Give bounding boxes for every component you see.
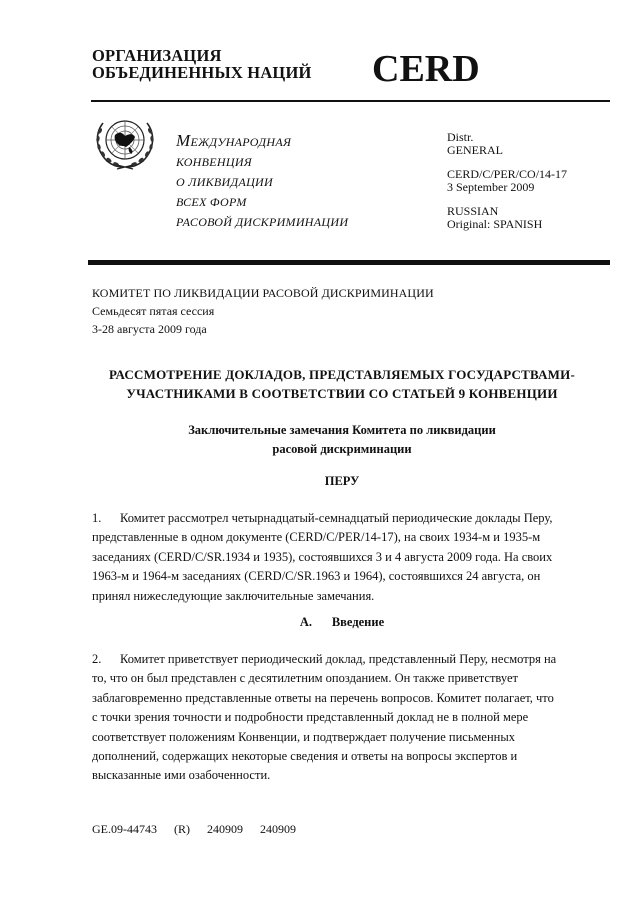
subtitle-line-2: расовой дискриминации (92, 440, 592, 459)
title-line-1: РАССМОТРЕНИЕ ДОКЛАДОВ, ПРЕДСТАВЛЯЕМЫХ ГО… (92, 365, 592, 384)
session-dates: 3-28 августа 2009 года (92, 320, 434, 338)
organization-name: ОРГАНИЗАЦИЯ ОБЪЕДИНЕННЫХ НАЦИЙ (92, 47, 312, 81)
document-title: РАССМОТРЕНИЕ ДОКЛАДОВ, ПРЕДСТАВЛЯЕМЫХ ГО… (92, 365, 592, 403)
paragraph-line: дополнений, содержащих некоторые сведени… (92, 747, 592, 766)
org-line-1: ОРГАНИЗАЦИЯ (92, 47, 312, 64)
section-letter: A. (300, 614, 332, 630)
convention-line-2: КОНВЕНЦИЯ (176, 152, 348, 172)
footer-date-1: 240909 (207, 822, 243, 836)
paragraph-line: 2.Комитет приветствует периодический док… (92, 650, 592, 669)
paragraph-line: 1963-м и 1964-м заседаниях (CERD/C/SR.19… (92, 567, 592, 586)
paragraph-line: принял нижеследующие заключительные заме… (92, 587, 592, 606)
paragraph-line: соответствует положениям Конвенции, и по… (92, 728, 592, 747)
paragraph-line: заблаговременно представленные ответы на… (92, 689, 592, 708)
country-heading: ПЕРУ (92, 473, 592, 489)
paragraph-2: 2.Комитет приветствует периодический док… (92, 650, 592, 786)
paragraph-line: высказанные ими озабоченности. (92, 766, 592, 785)
paragraph-1: 1.Комитет рассмотрел четырнадцатый-семна… (92, 509, 592, 606)
paragraph-line: то, что он был представлен с десятилетни… (92, 669, 592, 688)
section-title: Введение (332, 615, 384, 629)
footer-date-2: 240909 (260, 822, 296, 836)
un-emblem-icon (93, 109, 157, 171)
paragraph-number: 1. (92, 509, 120, 528)
convention-line-5: РАСОВОЙ ДИСКРИМИНАЦИИ (176, 212, 348, 232)
convention-line-1: МЕЖДУНАРОДНАЯ (176, 131, 348, 152)
header-thick-rule (88, 260, 610, 265)
paragraph-line: представленные в одном документе (CERD/C… (92, 528, 592, 547)
org-line-2: ОБЪЕДИНЕННЫХ НАЦИЙ (92, 64, 312, 81)
original-language: Original: SPANISH (447, 218, 567, 231)
document-date: 3 September 2009 (447, 181, 567, 194)
convention-title: МЕЖДУНАРОДНАЯ КОНВЕНЦИЯ О ЛИКВИДАЦИИ ВСЕ… (176, 131, 348, 232)
title-line-2: УЧАСТНИКАМИ В СООТВЕТСТВИИ СО СТАТЬЕЙ 9 … (92, 384, 592, 403)
convention-line-3: О ЛИКВИДАЦИИ (176, 172, 348, 192)
document-subtitle: Заключительные замечания Комитета по лик… (92, 421, 592, 459)
paragraph-line: 1.Комитет рассмотрел четырнадцатый-семна… (92, 509, 592, 528)
committee-name: КОМИТЕТ ПО ЛИКВИДАЦИИ РАСОВОЙ ДИСКРИМИНА… (92, 284, 434, 302)
paragraph-line: заседаниях (CERD/C/SR.1934 и 1935), сост… (92, 548, 592, 567)
distribution-block: Distr. GENERAL CERD/C/PER/CO/14-17 3 Sep… (447, 131, 567, 231)
session-name: Семьдесят пятая сессия (92, 302, 434, 320)
committee-block: КОМИТЕТ ПО ЛИКВИДАЦИИ РАСОВОЙ ДИСКРИМИНА… (92, 284, 434, 338)
header-rule (91, 100, 610, 102)
document-acronym: CERD (372, 48, 480, 90)
language-code: (R) (174, 822, 190, 836)
footer-job-info: GE.09-44743 (R) 240909 240909 (92, 822, 310, 836)
subtitle-line-1: Заключительные замечания Комитета по лик… (92, 421, 592, 440)
job-number: GE.09-44743 (92, 822, 157, 836)
paragraph-line: с точки зрения точности и подробности пр… (92, 708, 592, 727)
paragraph-number: 2. (92, 650, 120, 669)
distr-value: GENERAL (447, 144, 567, 157)
convention-line-4: ВСЕХ ФОРМ (176, 192, 348, 212)
section-heading-a: A.Введение (92, 614, 592, 630)
